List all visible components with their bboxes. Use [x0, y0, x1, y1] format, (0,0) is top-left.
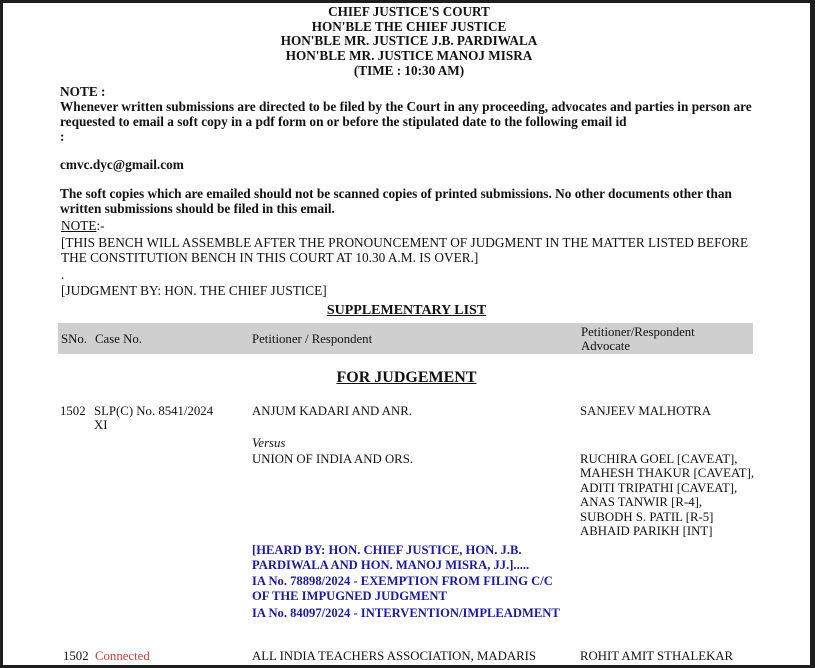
case-sno: 1502	[63, 649, 89, 663]
bench-note-text: [THIS BENCH WILL ASSEMBLE AFTER THE PRON…	[61, 235, 771, 265]
versus-label: Versus	[252, 436, 285, 450]
respondent-advocates: RUCHIRA GOEL [CAVEAT], MAHESH THAKUR [CA…	[580, 452, 754, 538]
respondent-advocate: ADITI TRIPATHI [CAVEAT],	[580, 481, 754, 495]
respondent-advocate: MAHESH THAKUR [CAVEAT],	[580, 466, 754, 480]
header-advocate-line2: Advocate	[581, 339, 630, 353]
table-header-row: SNo. Case No. Petitioner / Respondent Pe…	[58, 323, 753, 354]
email-address[interactable]: cmvc.dyc@gmail.com	[60, 157, 760, 172]
case-suffix: XI	[94, 418, 108, 432]
header-party: Petitioner / Respondent	[252, 332, 372, 346]
petitioner-name: ALL INDIA TEACHERS ASSOCIATION, MADARIS	[252, 649, 536, 663]
respondent-advocate: ANAS TANWIR [R-4],	[580, 495, 754, 509]
judge-2: HON'BLE MR. JUSTICE J.B. PARDIWALA	[3, 34, 810, 49]
ia-item: IA No. 84097/2024 - INTERVENTION/IMPLEAD…	[252, 606, 562, 621]
respondent-advocate: SUBODH S. PATIL [R-5]	[580, 510, 754, 524]
judge-1: HON'BLE THE CHIEF JUSTICE	[3, 20, 810, 35]
heard-by-note: [HEARD BY: HON. CHIEF JUSTICE, HON. J.B.…	[252, 543, 562, 573]
judge-3: HON'BLE MR. JUSTICE MANOJ MISRA	[3, 49, 810, 64]
case-sno: 1502	[60, 404, 86, 418]
court-header: CHIEF JUSTICE'S COURT HON'BLE THE CHIEF …	[3, 5, 810, 79]
header-case-no: Case No.	[95, 332, 142, 346]
note-text: Whenever written submissions are directe…	[60, 99, 760, 129]
respondent-advocate: ABHAID PARIKH [INT]	[580, 524, 754, 538]
petitioner-advocate: SANJEEV MALHOTRA	[580, 404, 711, 418]
connected-status: Connected	[95, 649, 150, 663]
section-title: FOR JUDGEMENT	[3, 369, 810, 387]
note-label: NOTE :	[60, 84, 760, 99]
note-colon: :	[60, 129, 760, 144]
ia-item: IA No. 78898/2024 - EXEMPTION FROM FILIN…	[252, 574, 562, 604]
bench-note-dot: .	[61, 267, 771, 282]
respondent-advocate: RUCHIRA GOEL [CAVEAT],	[580, 452, 754, 466]
respondent-name: UNION OF INDIA AND ORS.	[252, 452, 413, 466]
case-number: SLP(C) No. 8541/2024	[94, 404, 213, 418]
bench-note-label: NOTE:-	[61, 218, 771, 233]
court-title: CHIEF JUSTICE'S COURT	[3, 5, 810, 20]
soft-copy-note: The soft copies which are emailed should…	[60, 186, 760, 216]
header-advocate-line1: Petitioner/Respondent	[581, 325, 695, 339]
judgment-by: [JUDGMENT BY: HON. THE CHIEF JUSTICE]	[61, 283, 771, 298]
petitioner-advocate: ROHIT AMIT STHALEKAR	[580, 649, 733, 663]
bench-note-label-text: NOTE	[61, 218, 96, 233]
cause-list-page: CHIEF JUSTICE'S COURT HON'BLE THE CHIEF …	[3, 3, 810, 665]
bench-note-suffix: :-	[96, 218, 104, 233]
court-time: (TIME : 10:30 AM)	[3, 64, 810, 79]
petitioner-name: ANJUM KADARI AND ANR.	[252, 404, 412, 418]
header-advocate: Petitioner/Respondent Advocate	[581, 325, 695, 353]
list-title: SUPPLEMENTARY LIST	[3, 303, 810, 319]
header-sno: SNo.	[61, 332, 87, 346]
